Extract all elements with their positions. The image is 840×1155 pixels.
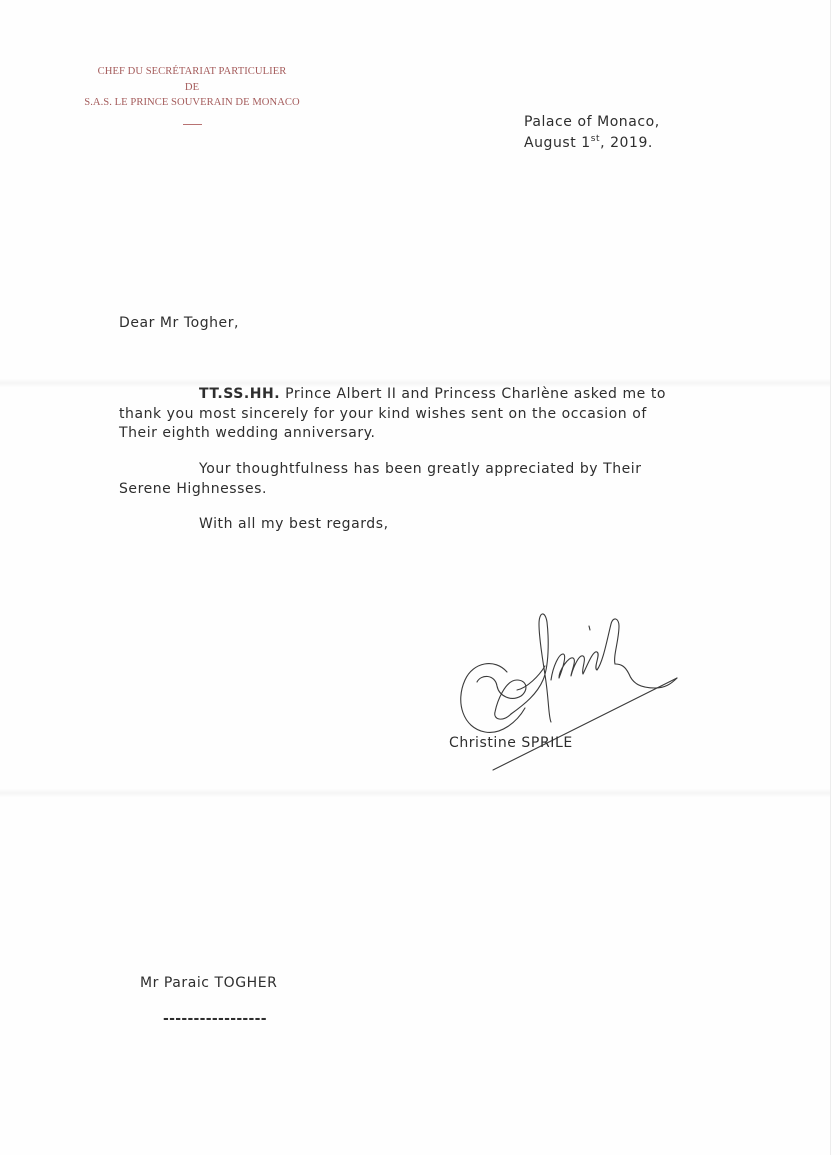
closing-text: With all my best regards, xyxy=(199,516,389,532)
signer-surname: SPRILE xyxy=(521,735,572,751)
paragraph-text: Your thoughtfulness has been greatly app… xyxy=(119,461,642,497)
body-paragraph: Your thoughtfulness has been greatly app… xyxy=(119,460,739,499)
recipient-name: Mr Paraic TOGHER xyxy=(140,975,277,991)
letterhead-line: DE xyxy=(72,80,312,96)
signer-first-name: Christine xyxy=(449,735,516,751)
date-ordinal: st xyxy=(591,134,600,144)
signer-name: Christine SPRILE xyxy=(449,735,573,751)
date: August 1st, 2019. xyxy=(524,133,660,154)
salutation: Dear Mr Togher, xyxy=(119,315,239,331)
letterhead-line: S.A.S. LE PRINCE SOUVERAIN DE MONACO xyxy=(72,95,312,111)
letterhead-rule xyxy=(183,124,202,125)
scan-edge xyxy=(830,0,831,1155)
letterhead: CHEF DU SECRÉTARIAT PARTICULIER DE S.A.S… xyxy=(72,64,312,125)
place: Palace of Monaco, xyxy=(524,112,660,133)
body-paragraph: TT.SS.HH. Prince Albert II and Princess … xyxy=(119,385,739,444)
paper-fold-line xyxy=(0,788,830,798)
date-year: , 2019. xyxy=(600,135,653,151)
closing: With all my best regards, xyxy=(119,515,739,535)
date-day: August 1 xyxy=(524,135,591,151)
place-and-date: Palace of Monaco, August 1st, 2019. xyxy=(524,112,660,154)
letter-page: CHEF DU SECRÉTARIAT PARTICULIER DE S.A.S… xyxy=(0,0,840,1155)
letterhead-line: CHEF DU SECRÉTARIAT PARTICULIER xyxy=(72,64,312,80)
recipient-underline: ----------------- xyxy=(163,1011,267,1027)
signature-icon xyxy=(455,610,685,780)
honorific-abbreviation: TT.SS.HH. xyxy=(199,386,280,402)
